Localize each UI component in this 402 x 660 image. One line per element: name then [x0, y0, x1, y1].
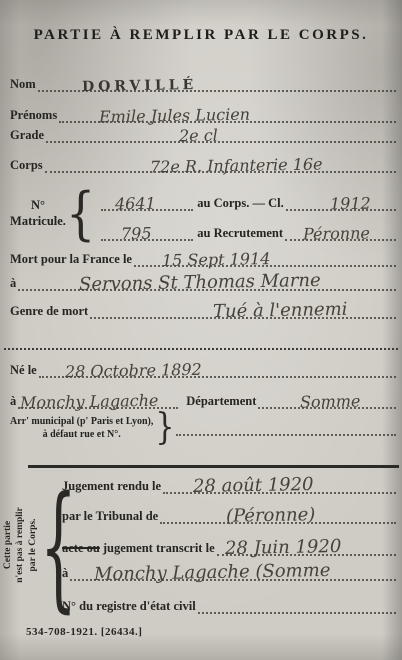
nom-line: DORVILLÉ — [38, 71, 396, 92]
departement-value: Somme — [299, 391, 360, 411]
field-mort-le: Mort pour la France le 15 Sept 1914 — [10, 248, 396, 267]
field-grade: Grade 2e cl — [10, 124, 396, 143]
registre-line — [198, 593, 396, 614]
grade-label: Grade — [10, 129, 44, 144]
classe-line: 1912 — [286, 183, 396, 211]
matricule-corps-line: 4641 — [101, 183, 193, 211]
form-title: PARTIE À REMPLIR PAR LE CORPS. — [0, 27, 402, 44]
tribunal-line: (Péronne) — [160, 503, 396, 524]
matricule-recrutement-number: 795 — [121, 224, 152, 244]
grade-value: 2e cl — [179, 126, 218, 146]
field-registre: N° du registre d'état civil — [62, 595, 396, 614]
transcrit-a-label: à — [62, 567, 68, 582]
au-recrutement-label: au Recrutement — [197, 227, 283, 242]
jugement-rendu-label: Jugement rendu le — [62, 480, 161, 495]
field-ne-le: Né le 28 Octobre 1892 — [10, 359, 396, 378]
transcrit-a-value: Monchy Lagache (Somme — [94, 560, 331, 585]
field-transcrit: acte ou jugement transcrit le 28 Juin 19… — [62, 537, 396, 556]
tribunal-value: (Péronne) — [226, 504, 316, 527]
mort-a-value: Servons St Thomas Marne — [79, 270, 321, 295]
matricule-label: N° Matricule. — [10, 197, 66, 230]
section-divider-solid — [28, 465, 399, 468]
transcrit-value: 28 Juin 1920 — [224, 536, 341, 559]
ne-le-line: 28 Octobre 1892 — [39, 357, 396, 378]
classe-value: 1912 — [330, 194, 371, 214]
mort-a-label: à — [10, 277, 16, 292]
field-arr-municipal: Arr' municipal (p' Paris et Lyon), à déf… — [10, 413, 396, 443]
field-corps: Corps 72e R. Infanterie 16e — [10, 154, 396, 173]
matricule-rows: 4641 au Corps. — Cl. 1912 795 au Recrute… — [95, 185, 396, 241]
mort-le-line: 15 Sept 1914 — [134, 246, 396, 267]
field-mort-a: à Servons St Thomas Marne — [10, 272, 396, 291]
transcrit-label: jugement transcrit le — [103, 542, 215, 557]
departement-line: Somme — [258, 388, 396, 409]
field-ne-a: à Monchy Lagache Département Somme — [10, 390, 396, 409]
arr-municipal-line — [176, 420, 396, 436]
field-prenoms: Prénoms Emile Jules Lucien — [10, 104, 396, 123]
genre-mort-line: Tué à l'ennemi — [90, 298, 396, 319]
matricule-label-top: N° — [10, 197, 66, 213]
prenoms-line: Emile Jules Lucien — [59, 102, 396, 123]
side-note-line2: n'est pas à remplir — [14, 485, 26, 605]
genre-mort-label: Genre de mort — [10, 305, 88, 320]
genre-mort-value: Tué à l'ennemi — [212, 299, 347, 322]
side-note: Cette partie n'est pas à remplir par le … — [2, 485, 42, 605]
matricule-recrutement-line: 795 — [101, 213, 193, 241]
mort-le-label: Mort pour la France le — [10, 253, 132, 268]
corps-value: 72e R. Infanterie 16e — [150, 154, 323, 176]
print-imprint: 534-708-1921. [26434.] — [26, 626, 142, 638]
ne-le-value: 28 Octobre 1892 — [65, 360, 202, 381]
side-note-line3: par le Corps. — [27, 485, 39, 605]
arr-municipal-brace — [153, 413, 176, 443]
matricule-label-bottom: Matricule. — [10, 213, 66, 229]
mort-a-line: Servons St Thomas Marne — [18, 270, 396, 291]
side-note-line1: Cette partie — [2, 485, 14, 605]
arr-municipal-label-line1: Arr' municipal (p' Paris et Lyon), — [10, 415, 153, 428]
transcrit-a-line: Monchy Lagache (Somme — [70, 560, 396, 581]
recrutement-place-line: Péronne — [285, 213, 396, 241]
corps-line: 72e R. Infanterie 16e — [45, 152, 396, 173]
au-corps-label: au Corps. — Cl. — [197, 197, 283, 212]
matricule-row-recrutement: 795 au Recrutement Péronne — [99, 215, 396, 241]
jugement-rendu-line: 28 août 1920 — [163, 473, 396, 494]
matricule-brace — [66, 190, 95, 236]
registre-label: N° du registre d'état civil — [62, 600, 196, 615]
arr-municipal-label: Arr' municipal (p' Paris et Lyon), à déf… — [10, 415, 153, 441]
transcrit-label-struck: acte ou — [62, 542, 100, 557]
tribunal-label: par le Tribunal de — [62, 510, 158, 525]
field-nom: Nom DORVILLÉ — [10, 73, 396, 92]
field-jugement-rendu: Jugement rendu le 28 août 1920 — [62, 475, 396, 494]
matricule-row-corps: 4641 au Corps. — Cl. 1912 — [99, 185, 396, 211]
corps-label: Corps — [10, 159, 43, 174]
jugement-rendu-value: 28 août 1920 — [193, 474, 314, 497]
ne-a-line: Monchy Lagache — [18, 388, 178, 409]
departement-label: Département — [186, 395, 256, 410]
field-transcrit-a: à Monchy Lagache (Somme — [62, 562, 396, 581]
arr-municipal-label-line2: à défaut rue et N°. — [10, 428, 153, 441]
military-death-record-form: PARTIE À REMPLIR PAR LE CORPS. Nom DORVI… — [0, 0, 402, 660]
nom-value: DORVILLÉ — [82, 77, 198, 95]
ne-a-value: Monchy Lagache — [20, 391, 159, 412]
field-matricule: N° Matricule. 4641 au Corps. — Cl. 1912 … — [10, 185, 396, 241]
recrutement-place-value: Péronne — [303, 223, 370, 243]
mort-le-value: 15 Sept 1914 — [162, 249, 271, 270]
ne-a-label: à — [10, 395, 16, 410]
nom-label: Nom — [10, 78, 36, 93]
prenoms-label: Prénoms — [10, 109, 57, 124]
field-genre-mort: Genre de mort Tué à l'ennemi — [10, 300, 396, 319]
grade-line: 2e cl — [46, 122, 396, 143]
field-tribunal: par le Tribunal de (Péronne) — [62, 505, 396, 524]
matricule-corps-number: 4641 — [115, 194, 156, 214]
section-divider-dashed — [4, 348, 398, 350]
ne-le-label: Né le — [10, 364, 37, 379]
transcrit-line: 28 Juin 1920 — [217, 535, 396, 556]
